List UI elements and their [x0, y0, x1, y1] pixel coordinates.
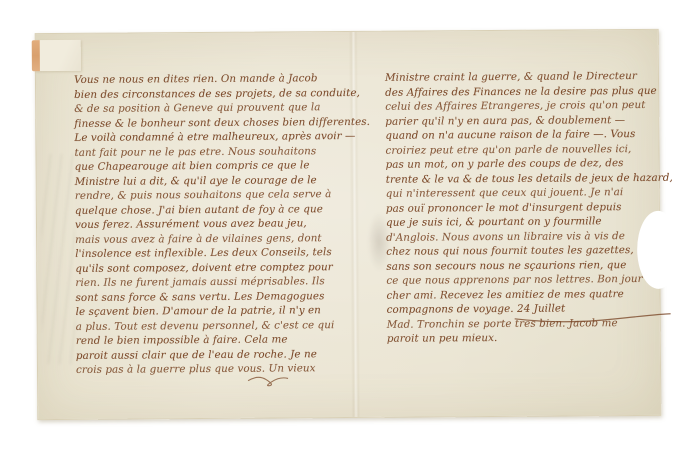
manuscript-line: que Chapearouge ait bien compris ce que …: [75, 158, 347, 174]
seal-tear-notch: [637, 211, 680, 289]
manuscript-line: finesse & le bonheur sont deux choses bi…: [74, 115, 346, 131]
photo-background: Vous ne nous en dites rien. On mande à J…: [0, 0, 700, 455]
manuscript-line: l'insolence est inflexible. Les deux Con…: [75, 245, 347, 261]
manuscript-line: Vous ne nous en dites rien. On mande à J…: [74, 71, 346, 87]
manuscript-line: sont sans force & sans vertu. Les Demago…: [75, 289, 347, 305]
manuscript-line: crois pas à la guerre plus que vous. Un …: [76, 361, 348, 377]
letter-sheet: Vous ne nous en dites rien. On mande à J…: [35, 29, 662, 420]
manuscript-line: quelque chose. J'ai bien autant de foy à…: [75, 202, 347, 218]
manuscript-line: rend le bien impossible à faire. Cela me: [76, 332, 348, 348]
letter-page-right: Ministre craint la guerre, & quand le Di…: [385, 69, 659, 346]
manuscript-line: parier qu'il n'y en aura pas, & doubleme…: [385, 112, 657, 128]
left-page-text: Vous ne nous en dites rien. On mande à J…: [74, 71, 348, 377]
manuscript-line: pas un mot, on y parle des coups de dez,…: [386, 156, 658, 172]
closing-flourish: [246, 372, 290, 388]
manuscript-line: pas ouï prononcer le mot d'insurgent dep…: [386, 199, 658, 215]
folded-corner: [35, 40, 81, 71]
letter-page-left: Vous ne nous en dites rien. On mande à J…: [74, 71, 348, 377]
show-through-marks: [41, 154, 76, 364]
right-page-text: Ministre craint la guerre, & quand le Di…: [385, 69, 659, 346]
manuscript-line: cher ami. Recevez les amitiez de mes qua…: [386, 286, 658, 302]
folded-corner-edge: [32, 40, 40, 71]
manuscript-line: Ministre craint la guerre, & quand le Di…: [385, 69, 657, 85]
manuscript-line: chez nous qui nous fournit toutes les ga…: [386, 243, 658, 259]
manuscript-line: paroit un peu mieux.: [387, 330, 659, 346]
date-underline-flourish: [513, 311, 673, 326]
